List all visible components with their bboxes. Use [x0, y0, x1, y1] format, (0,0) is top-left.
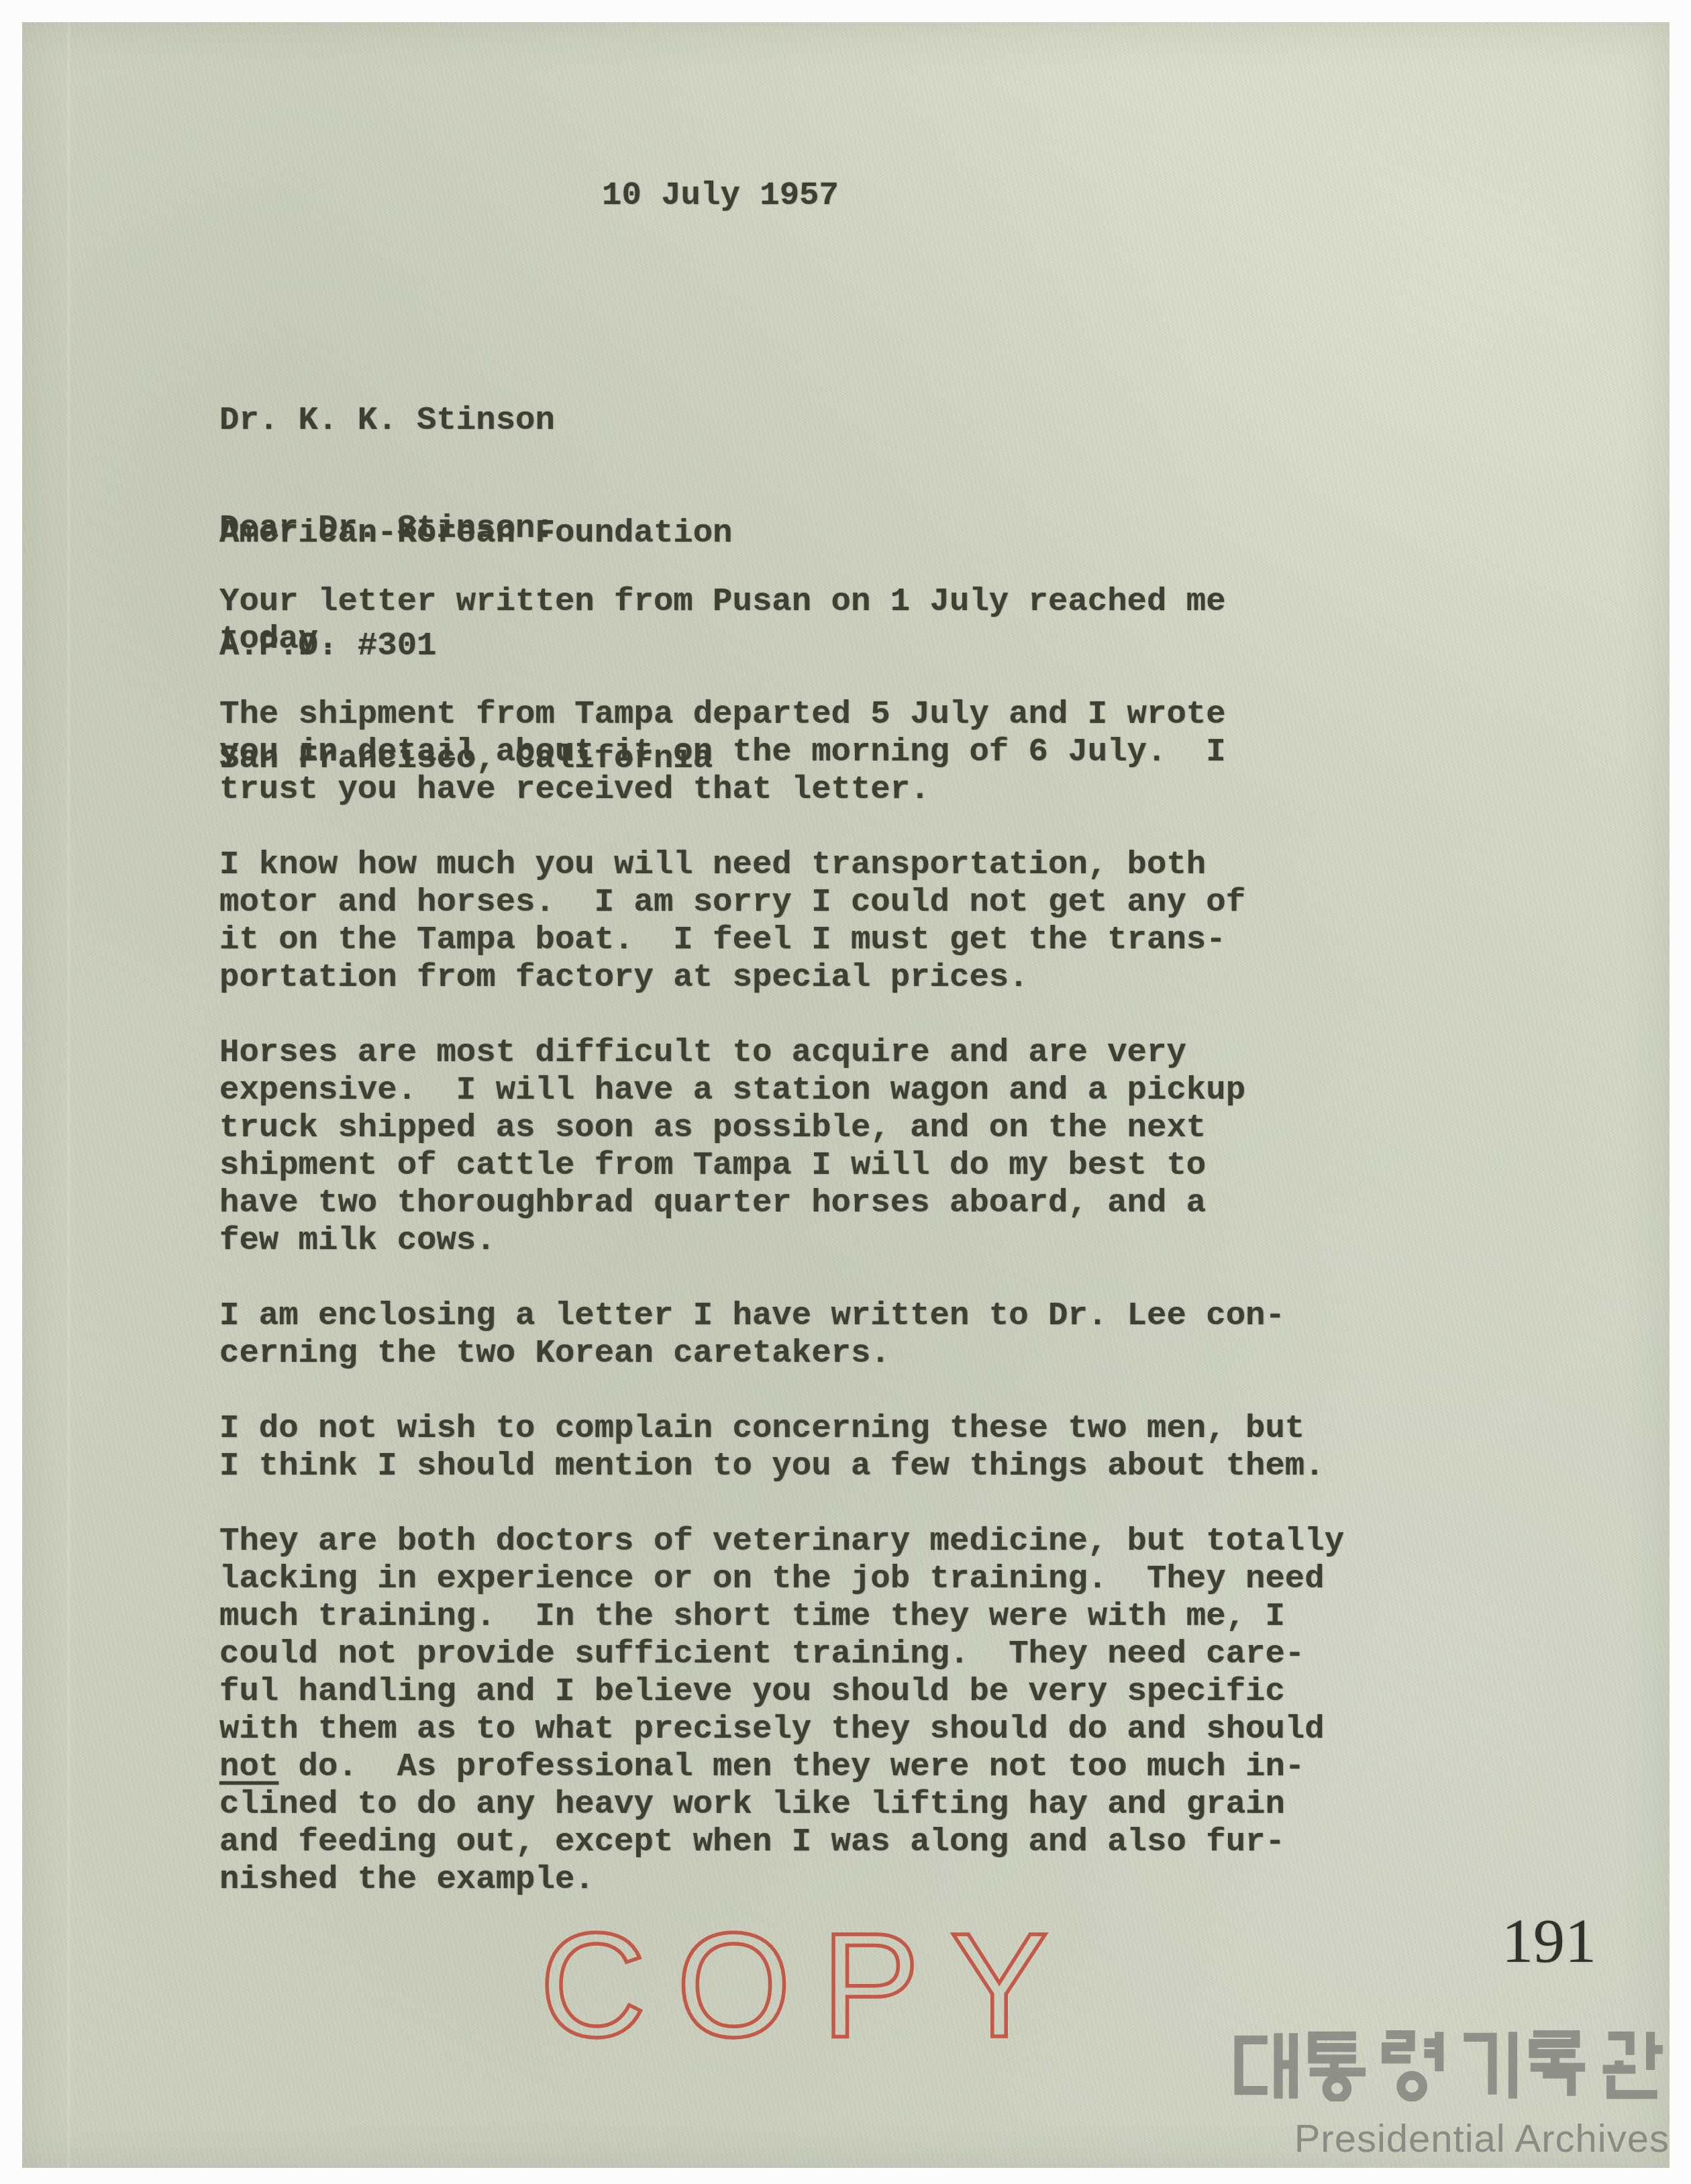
korean-watermark: [1232, 2030, 1668, 2101]
recipient-name: Dr. K. K. Stinson: [219, 401, 733, 439]
paragraph-7: They are both doctors of veterinary medi…: [219, 1522, 1344, 1898]
paragraph-1: Your letter written from Pusan on 1 July…: [219, 583, 1226, 658]
copy-stamp: COPY: [537, 1928, 1074, 2062]
hangul-dae: [1239, 2033, 1293, 2099]
page-number: 191: [1502, 1909, 1596, 1973]
paragraph-7-text-continued: do. As professional men they were not to…: [219, 1748, 1304, 1898]
hangul-gi: [1464, 2032, 1513, 2099]
scanned-letter: 10 July 1957 Dr. K. K. Stinson American-…: [0, 0, 1691, 2184]
presidential-archives-label: Presidential Archives: [1294, 2118, 1670, 2160]
date-line: 10 July 1957: [602, 177, 839, 214]
underlined-word: not: [219, 1748, 278, 1785]
hangul-ryeong: [1386, 2032, 1439, 2097]
paragraph-7-text: They are both doctors of veterinary medi…: [219, 1522, 1344, 1748]
paragraph-2: The shipment from Tampa departed 5 July …: [219, 695, 1226, 808]
copy-stamp-text: COPY: [540, 1928, 1074, 2062]
paragraph-4: Horses are most difficult to acquire and…: [219, 1034, 1245, 1259]
paragraph-3: I know how much you will need transporta…: [219, 846, 1245, 996]
hangul-rok: [1531, 2033, 1585, 2095]
paragraph-6: I do not wish to complain concerning the…: [219, 1409, 1325, 1485]
paragraph-5: I am enclosing a letter I have written t…: [219, 1297, 1285, 1372]
hangul-gwan: [1603, 2032, 1663, 2094]
hangul-tong: [1310, 2036, 1366, 2098]
salutation: Dear Dr. Stinson:: [219, 509, 555, 547]
